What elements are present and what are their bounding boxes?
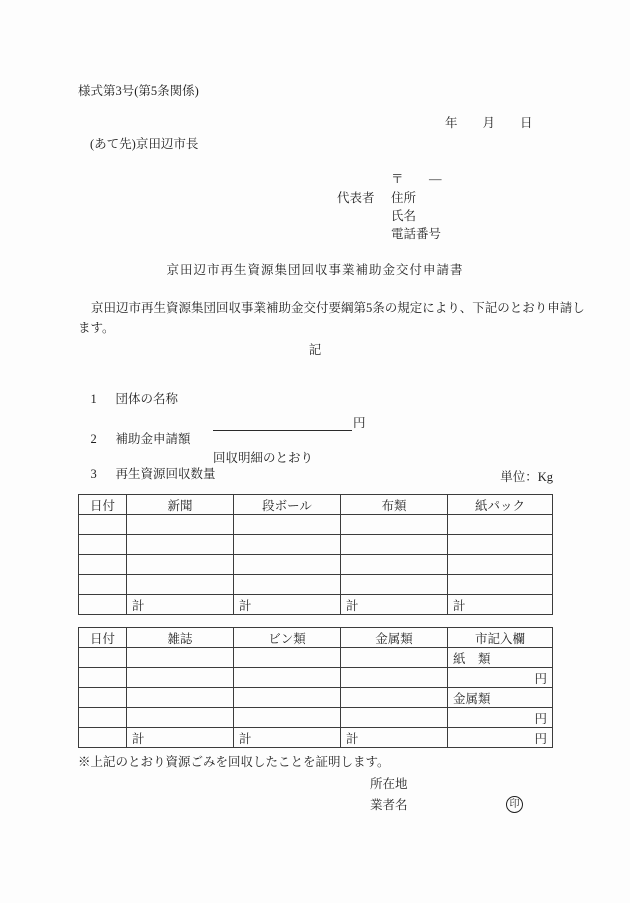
total-cell: 計 — [127, 595, 234, 615]
address-label: 住所 — [391, 191, 416, 207]
table-cell — [127, 668, 234, 688]
phone-label: 電話番号 — [391, 227, 441, 243]
col-header-date: 日付 — [79, 628, 127, 648]
amount-blank-underline — [213, 417, 352, 431]
table-cell — [341, 648, 448, 668]
table-cell — [234, 668, 341, 688]
table-cell — [127, 708, 234, 728]
table-cell — [79, 555, 127, 575]
unit-note: 単位：Kg — [78, 470, 553, 486]
table-total-row: 計 計 計 計 — [79, 595, 553, 615]
table-cell — [448, 575, 553, 595]
table-row — [79, 575, 553, 595]
table-row: 円 — [79, 708, 553, 728]
city-use-paper-label: 紙 類 — [448, 648, 553, 668]
col-header-paperpack: 紙パック — [448, 495, 553, 515]
table-cell — [341, 668, 448, 688]
table-cell — [341, 688, 448, 708]
table-cell — [127, 535, 234, 555]
table-cell — [79, 728, 127, 748]
table-cell — [127, 555, 234, 575]
total-cell: 計 — [127, 728, 234, 748]
table-cell — [127, 575, 234, 595]
table-row — [79, 515, 553, 535]
table-cell — [234, 575, 341, 595]
table-total-row: 計 計 計 円 — [79, 728, 553, 748]
seal-char: 印 — [510, 800, 520, 810]
table-cell — [341, 575, 448, 595]
table-cell — [79, 515, 127, 535]
table-cell — [79, 708, 127, 728]
table-header-row: 日付 雑誌 ビン類 金属類 市記入欄 — [79, 628, 553, 648]
total-cell: 計 — [234, 728, 341, 748]
table-cell — [448, 555, 553, 575]
date-line: 年 月 日 — [445, 116, 533, 132]
document-title: 京田辺市再生資源集団回収事業補助金交付申請書 — [0, 263, 630, 279]
col-header-magazine: 雑誌 — [127, 628, 234, 648]
table-cell — [234, 515, 341, 535]
body-line-1: 京田辺市再生資源集団回収事業補助金交付要綱第5条の規定により、下記のとおり申請し — [78, 301, 585, 317]
seal-icon: 印 — [506, 796, 523, 813]
amount-unit-yen: 円 — [353, 416, 366, 432]
col-header-metal: 金属類 — [341, 628, 448, 648]
city-use-paper-yen: 円 — [448, 668, 553, 688]
addressee: (あて先)京田辺市長 — [90, 137, 198, 153]
total-cell: 計 — [341, 595, 448, 615]
city-use-metal-yen: 円 — [448, 708, 553, 728]
collection-table-paper: 日付 新聞 段ボール 布類 紙パック 計 計 計 計 — [78, 494, 553, 615]
total-cell: 計 — [234, 595, 341, 615]
table-cell — [341, 708, 448, 728]
item-1-number: 1 — [91, 392, 116, 408]
table-cell — [79, 535, 127, 555]
table-cell — [127, 648, 234, 668]
table-row: 紙 類 — [79, 648, 553, 668]
table-cell — [79, 648, 127, 668]
table-cell — [79, 595, 127, 615]
table-cell — [341, 535, 448, 555]
city-use-total-yen: 円 — [448, 728, 553, 748]
col-header-date: 日付 — [79, 495, 127, 515]
col-header-cardboard: 段ボール — [234, 495, 341, 515]
col-header-city-use: 市記入欄 — [448, 628, 553, 648]
col-header-newspaper: 新聞 — [127, 495, 234, 515]
table-cell — [127, 515, 234, 535]
table-cell — [448, 535, 553, 555]
table-cell — [79, 668, 127, 688]
table-row — [79, 535, 553, 555]
table-cell — [341, 515, 448, 535]
vendor-label: 業者名 — [370, 798, 408, 814]
table-cell — [79, 688, 127, 708]
certify-note: ※上記のとおり資源ごみを回収したことを証明します。 — [78, 755, 390, 771]
table-cell — [234, 555, 341, 575]
collection-table-other: 日付 雑誌 ビン類 金属類 市記入欄 紙 類 円 金属類 円 計 計 計 円 — [78, 627, 553, 748]
table-cell — [234, 648, 341, 668]
col-header-bottles: ビン類 — [234, 628, 341, 648]
record-mark: 記 — [0, 343, 630, 359]
postal-mark: 〒 — [391, 172, 404, 188]
city-use-metal-label: 金属類 — [448, 688, 553, 708]
postal-dash: ― — [429, 172, 442, 188]
table-row — [79, 555, 553, 575]
item-3-value: 回収明細のとおり — [213, 451, 313, 467]
table-cell — [127, 688, 234, 708]
table-row: 円 — [79, 668, 553, 688]
table-cell — [234, 535, 341, 555]
table-row: 金属類 — [79, 688, 553, 708]
location-label: 所在地 — [370, 777, 408, 793]
total-cell: 計 — [341, 728, 448, 748]
representative-label: 代表者 — [337, 191, 375, 207]
item-1-label: 団体の名称 — [116, 392, 179, 406]
table-cell — [234, 688, 341, 708]
table-header-row: 日付 新聞 段ボール 布類 紙パック — [79, 495, 553, 515]
table-cell — [448, 515, 553, 535]
form-code: 様式第3号(第5条関係) — [78, 84, 199, 100]
table-cell — [79, 575, 127, 595]
table-cell — [234, 708, 341, 728]
table-cell — [341, 555, 448, 575]
col-header-cloth: 布類 — [341, 495, 448, 515]
item-2-number: 2 — [91, 432, 116, 448]
item-2-label: 補助金申請額 — [116, 432, 191, 446]
total-cell: 計 — [448, 595, 553, 615]
application-form-page: 様式第3号(第5条関係) 年 月 日 (あて先)京田辺市長 〒 ― 代表者 住所… — [0, 0, 630, 903]
body-line-2: ます。 — [78, 321, 115, 337]
name-label: 氏名 — [391, 209, 416, 225]
